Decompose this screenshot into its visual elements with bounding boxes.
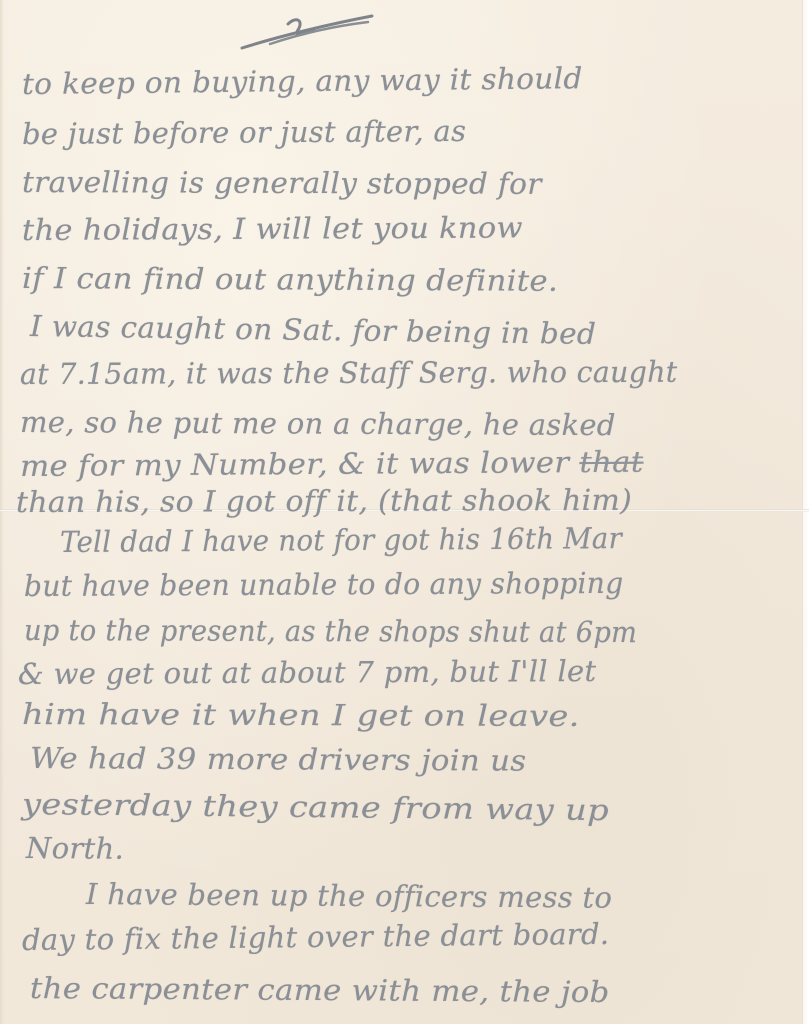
letter-line: at 7.15am, it was the Staff Serg. who ca… <box>20 358 678 389</box>
letter-line: North. <box>26 834 124 864</box>
letter-page: 2 to keep on buying, any way it should b… <box>0 0 809 1024</box>
letter-line: be just before or just after, as <box>22 117 466 149</box>
struck-out-word: that <box>579 445 643 479</box>
letter-line-text: me for my Number, & it was lower <box>20 445 570 483</box>
letter-line: me for my Number, & it was lower that <box>20 448 644 481</box>
letter-body: to keep on buying, any way it should be … <box>0 0 809 1024</box>
letter-line: him have it when I get on leave. <box>22 700 580 731</box>
letter-line: We had 39 more drivers join us <box>30 744 527 776</box>
letter-line: the carpenter came with me, the job <box>30 974 610 1007</box>
letter-line: but have been unable to do any shopping <box>24 569 624 601</box>
letter-line: than his, so I got off it, (that shook h… <box>16 486 632 517</box>
letter-line: Tell dad I have not for got his 16th Mar <box>60 524 622 557</box>
letter-line: I was caught on Sat. for being in bed <box>30 312 597 349</box>
letter-line: if I can find out anything definite. <box>22 264 558 296</box>
letter-line: to keep on buying, any way it should <box>22 64 583 99</box>
letter-line: day to fix the light over the dart board… <box>22 920 610 955</box>
letter-line: travelling is generally stopped for <box>22 168 542 199</box>
letter-line: the holidays, I will let you know <box>22 213 523 245</box>
letter-line: & we get out at about 7 pm, but I'll let <box>18 657 597 689</box>
letter-line: me, so he put me on a charge, he asked <box>20 408 616 440</box>
letter-line: I have been up the officers mess to <box>86 880 612 913</box>
letter-line: up to the present, as the shops shut at … <box>24 616 637 647</box>
letter-line: yesterday they came from way up <box>22 790 609 825</box>
